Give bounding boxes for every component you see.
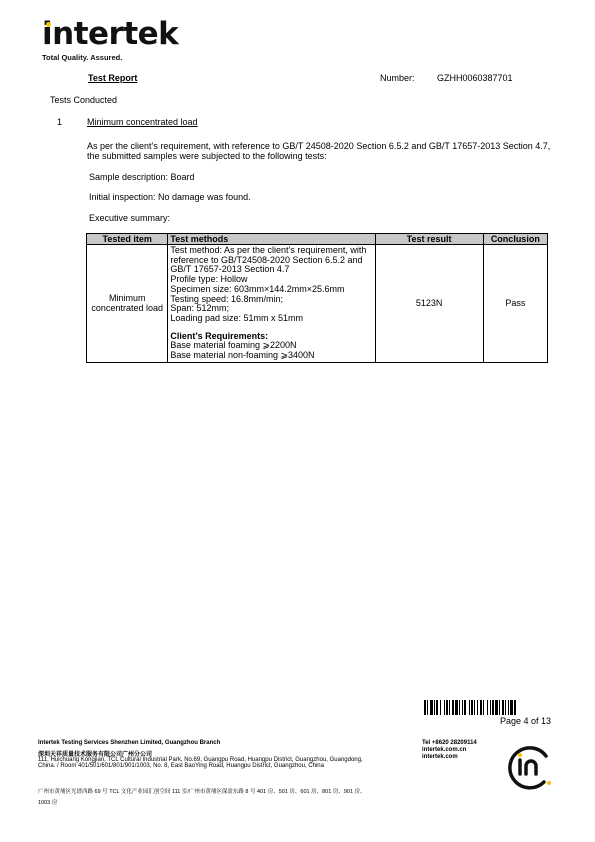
intro-paragraph: As per the client’s requirement, with re… [87,141,562,161]
item-number: 1 [57,117,62,127]
page-number: Page 4 of 13 [500,716,551,726]
cell-conclusion: Pass [483,245,547,363]
barcode [424,700,560,715]
footer-address-cn: 广州市黄埔区光谱西路 69 号 TCL 文化产业园汇创空间 111 室/广州市黄… [38,787,368,809]
executive-summary-label: Executive summary: [89,213,170,223]
item-title: Minimum concentrated load [87,117,198,127]
table-header-row: Tested item Test methods Test result Con… [87,234,548,245]
report-title: Test Report [88,73,137,83]
cell-tested-item: Minimum concentrated load [87,245,168,363]
header-test-result: Test result [375,234,483,245]
sample-description: Sample description: Board [89,172,195,182]
footer-web-cn[interactable]: intertek.com.cn [422,747,477,754]
report-number-value: GZHH0060387701 [437,73,513,83]
intertek-logo: intertek [42,16,178,52]
logo-tagline: Total Quality. Assured. [42,53,122,62]
method-line: Test method: As per the client’s require… [170,246,372,275]
requirement-line: Base material non-foaming ⩾3400N [170,351,372,361]
header-test-methods: Test methods [168,234,375,245]
footer-address: 111, Huichuang Kongjian, TCL Cultural In… [38,757,368,770]
intertek-in-logo-icon [500,742,556,790]
logo-dot-icon [46,22,51,27]
section-heading: Tests Conducted [50,95,117,105]
initial-inspection: Initial inspection: No damage was found. [89,192,251,202]
footer-contact: Tel +8620 28209114 intertek.com.cn inter… [422,740,477,761]
header-tested-item: Tested item [87,234,168,245]
header-conclusion: Conclusion [483,234,547,245]
footer-company: Intertek Testing Services Shenzhen Limit… [38,740,220,746]
footer-web[interactable]: intertek.com [422,754,477,761]
results-table: Tested item Test methods Test result Con… [86,233,548,363]
method-line: Loading pad size: 51mm x 51mm [170,314,372,324]
cell-test-result: 5123N [375,245,483,363]
footer-tel: Tel +8620 28209114 [422,740,477,747]
report-number-label: Number: [380,73,415,83]
cell-test-methods: Test method: As per the client’s require… [168,245,375,363]
table-row: Minimum concentrated load Test method: A… [87,245,548,363]
